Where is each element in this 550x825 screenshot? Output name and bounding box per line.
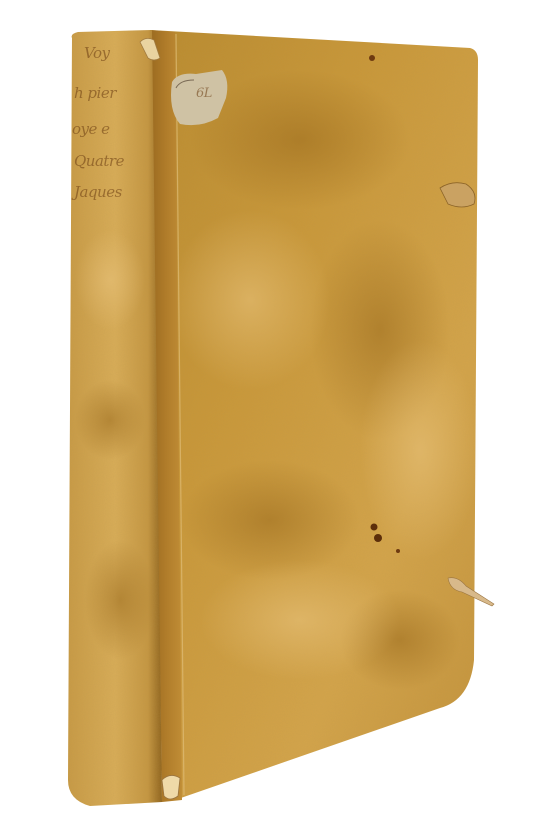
spine-handwriting-line-5: Jaques — [74, 183, 122, 201]
photo-scene: Voy h pier oye e Quatre Jaques 6L — [0, 0, 550, 825]
cover-label-fragment: 6L — [196, 86, 212, 101]
spine-handwriting-line-2: h pier — [74, 84, 116, 102]
spine-handwriting-line-3: oye e — [72, 120, 110, 138]
spine-handwriting-line-4: Quatre — [74, 152, 124, 170]
spine-handwriting-line-1: Voy — [84, 44, 109, 62]
